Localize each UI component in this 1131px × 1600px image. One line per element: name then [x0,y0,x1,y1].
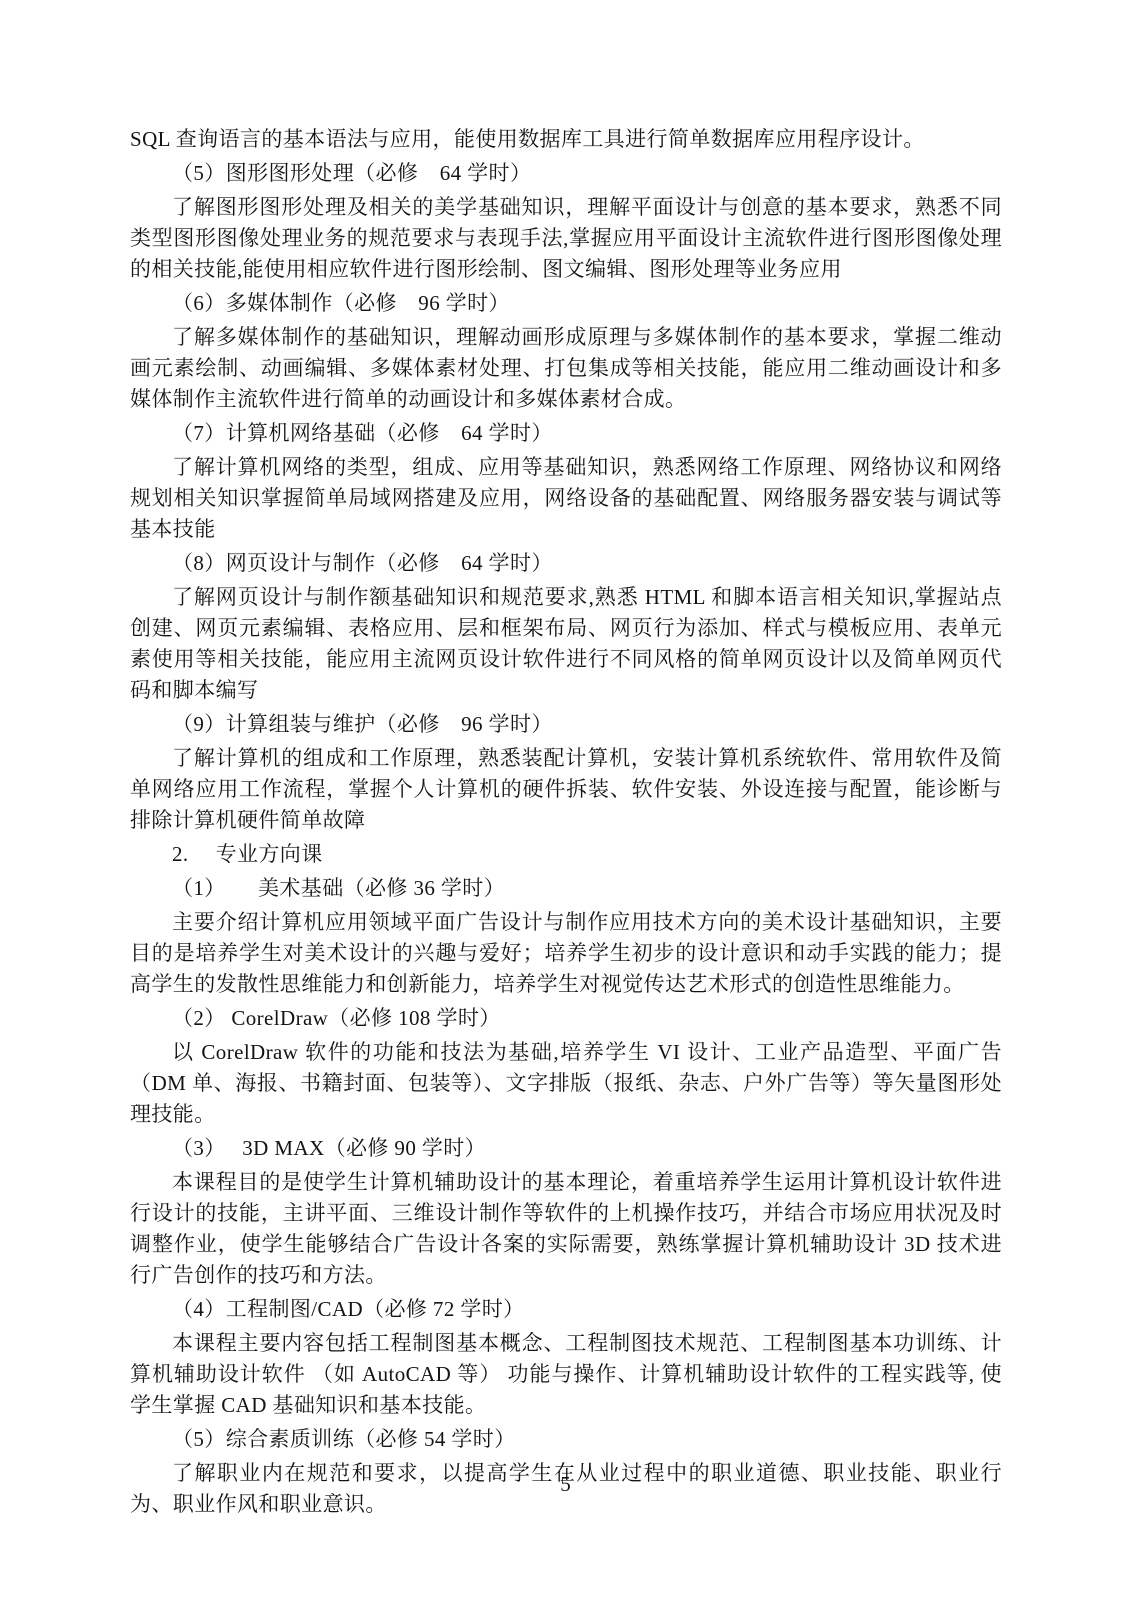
section-heading: （6）多媒体制作（必修 96 学时） [130,288,1002,319]
document-paragraph: SQL 查询语言的基本语法与应用，能使用数据库工具进行简单数据库应用程序设计。 [130,124,1002,155]
document-paragraph: 了解多媒体制作的基础知识，理解动画形成原理与多媒体制作的基本要求，掌握二维动画元… [130,322,1002,415]
document-paragraph: 了解网页设计与制作额基础知识和规范要求,熟悉 HTML 和脚本语言相关知识,掌握… [130,582,1002,706]
section-heading: （5）图形图形处理（必修 64 学时） [130,158,1002,189]
section-heading: （5）综合素质训练（必修 54 学时） [130,1424,1002,1455]
section-heading: （7）计算机网络基础（必修 64 学时） [130,418,1002,449]
document-content: SQL 查询语言的基本语法与应用，能使用数据库工具进行简单数据库应用程序设计。（… [130,124,1002,1520]
section-heading: （3） 3D MAX（必修 90 学时） [130,1133,1002,1164]
section-heading: （8）网页设计与制作（必修 64 学时） [130,548,1002,579]
section-heading: 2. 专业方向课 [130,839,1002,870]
section-heading: （9）计算组装与维护（必修 96 学时） [130,709,1002,740]
document-page: SQL 查询语言的基本语法与应用，能使用数据库工具进行简单数据库应用程序设计。（… [0,0,1131,1600]
document-paragraph: 本课程目的是使学生计算机辅助设计的基本理论，着重培养学生运用计算机设计软件进行设… [130,1167,1002,1291]
section-heading: （2） CorelDraw（必修 108 学时） [130,1003,1002,1034]
document-paragraph: 以 CorelDraw 软件的功能和技法为基础,培养学生 VI 设计、工业产品造… [130,1037,1002,1130]
document-paragraph: 了解图形图形处理及相关的美学基础知识，理解平面设计与创意的基本要求，熟悉不同类型… [130,192,1002,285]
document-paragraph: 了解计算机网络的类型，组成、应用等基础知识，熟悉网络工作原理、网络协议和网络规划… [130,452,1002,545]
section-heading: （4）工程制图/CAD（必修 72 学时） [130,1294,1002,1325]
page-number: 5 [0,1472,1131,1497]
document-paragraph: 本课程主要内容包括工程制图基本概念、工程制图技术规范、工程制图基本功训练、计算机… [130,1328,1002,1421]
document-paragraph: 了解计算机的组成和工作原理，熟悉装配计算机，安装计算机系统软件、常用软件及简单网… [130,743,1002,836]
section-heading: （1） 美术基础（必修 36 学时） [130,873,1002,904]
document-paragraph: 主要介绍计算机应用领域平面广告设计与制作应用技术方向的美术设计基础知识，主要目的… [130,907,1002,1000]
